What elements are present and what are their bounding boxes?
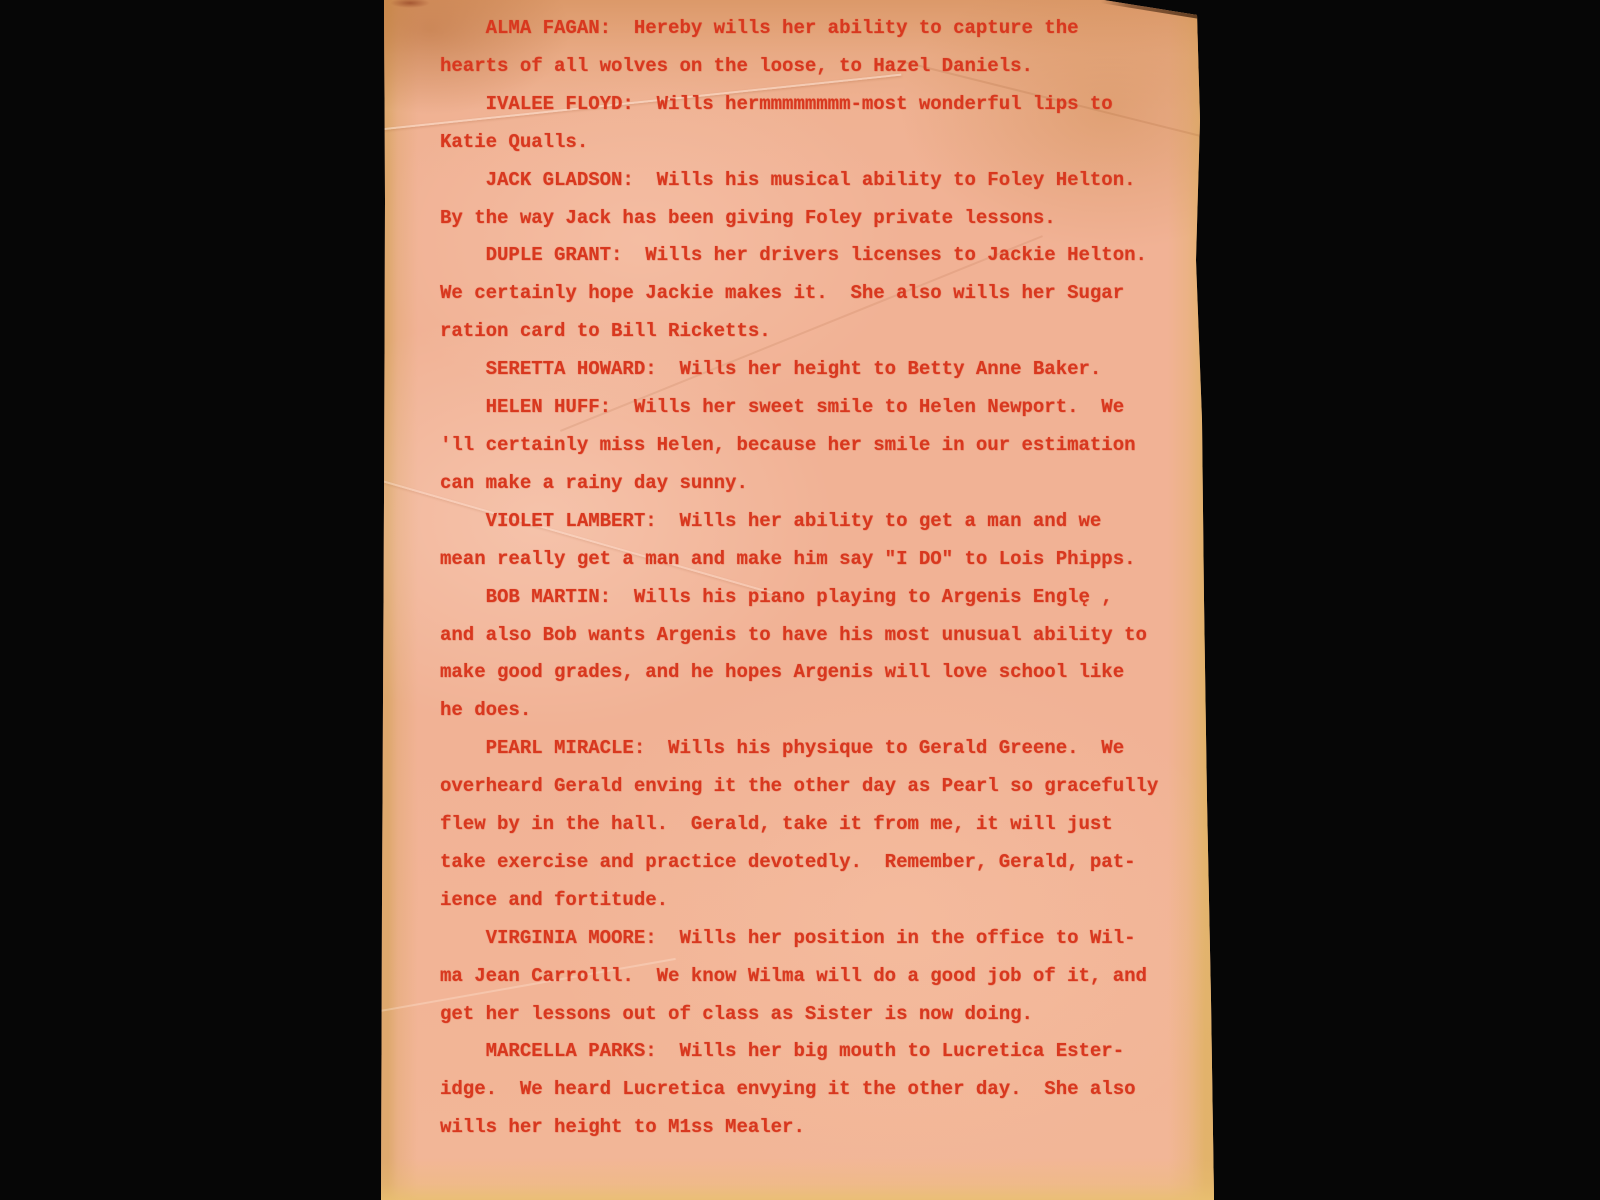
will-entry-marcella-parks: MARCELLA PARKS: Wills her big mouth to L… (440, 1033, 1180, 1147)
will-entry-virginia-moore: VIRGINIA MOORE: Wills her position in th… (440, 920, 1180, 1034)
will-entry-seretta-howard: SERETTA HOWARD: Wills her height to Bett… (440, 351, 1180, 389)
will-entry-jack-gladson: JACK GLADSON: Wills his musical ability … (440, 162, 1180, 238)
will-entry-duple-grant: DUPLE GRANT: Wills her drivers licenses … (440, 237, 1180, 351)
will-entry-violet-lambert: VIOLET LAMBERT: Wills her ability to get… (440, 503, 1180, 579)
document-text: ALMA FAGAN: Hereby wills her ability to … (440, 10, 1180, 1147)
will-entry-pearl-miracle: PEARL MIRACLE: Wills his physique to Ger… (440, 730, 1180, 920)
will-entry-ivalee-floyd: IVALEE FLOYD: Wills hermmmmmmmm-most won… (440, 86, 1180, 162)
will-entry-helen-huff: HELEN HUFF: Wills her sweet smile to Hel… (440, 389, 1180, 503)
paper-sheet: ALMA FAGAN: Hereby wills her ability to … (0, 0, 1600, 1200)
ink-smudge (390, 0, 430, 8)
will-entry-alma-fagan: ALMA FAGAN: Hereby wills her ability to … (440, 10, 1180, 86)
will-entry-bob-martin: BOB MARTIN: Wills his piano playing to A… (440, 579, 1180, 731)
scan-background: ALMA FAGAN: Hereby wills her ability to … (0, 0, 1600, 1200)
